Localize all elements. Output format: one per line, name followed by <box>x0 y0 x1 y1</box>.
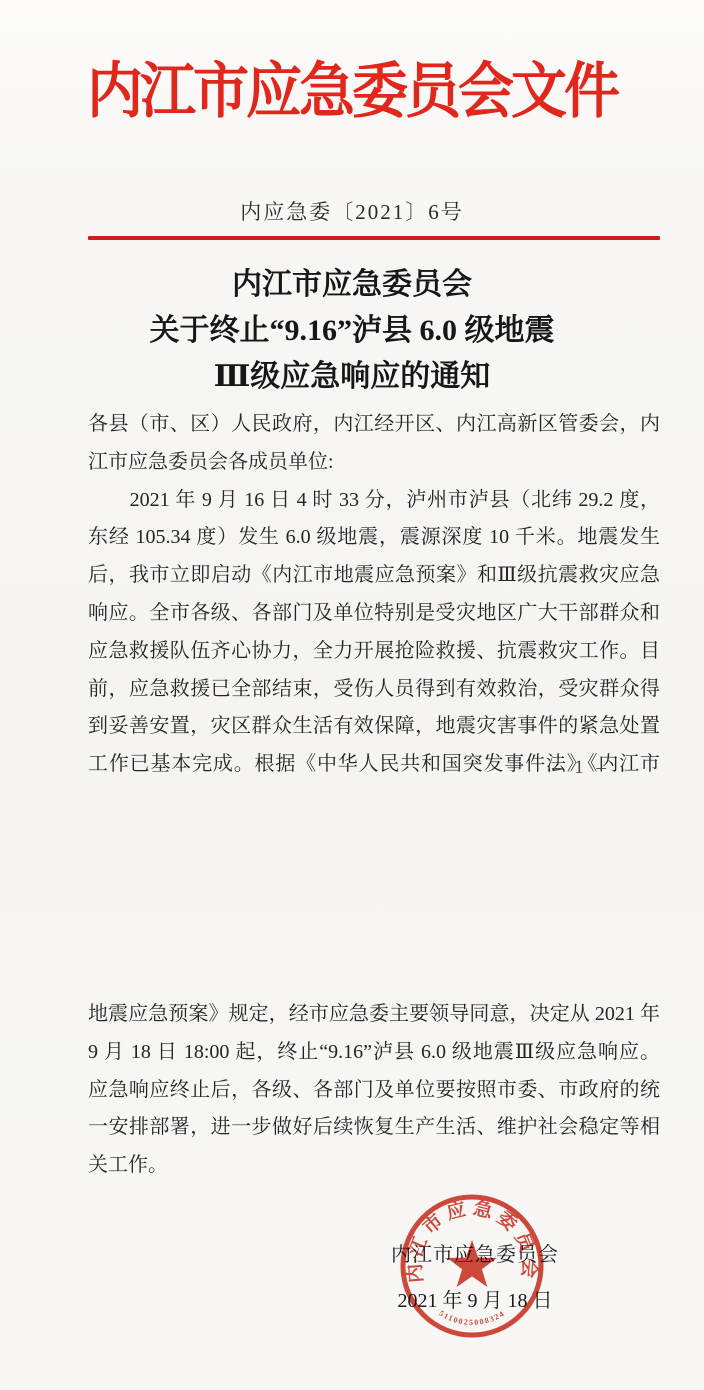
notice-title-line: 关于终止“9.16”泸县 6.0 级地震 <box>0 308 704 354</box>
body-page2: 地震应急预案》规定，经市应急委主要领导同意，决定从 2021 年9 月 18 日… <box>88 996 660 1185</box>
official-seal: 内江市应急委员会 5110025008324 <box>397 1191 547 1341</box>
body-line: 9 月 18 日 18:00 起，终止“9.16”泸县 6.0 级地震Ⅲ级应急响… <box>88 1034 660 1072</box>
body-line: 关工作。 <box>88 1147 660 1185</box>
body-line: 地震应急预案》规定，经市应急委主要领导同意，决定从 2021 年 <box>88 996 660 1034</box>
doc-number: 内应急委〔2021〕6号 <box>0 194 704 230</box>
body-line: 到妥善安置，灾区群众生活有效保障，地震灾害事件的紧急处置 <box>88 708 660 746</box>
body-line: 东经 105.34 度）发生 6.0 级地震，震源深度 10 千米。地震发生 <box>88 519 660 557</box>
body-line: 应急响应终止后，各级、各部门及单位要按照市委、市政府的统 <box>88 1072 660 1110</box>
body-line: 应急救援队伍齐心协力，全力开展抢险救援、抗震救灾工作。目 <box>88 633 660 671</box>
body-line: 2021 年 9 月 16 日 4 时 33 分，泸州市泸县（北纬 29.2 度… <box>88 482 660 520</box>
page-number: – 1 – <box>88 752 660 784</box>
body-page1: 各县（市、区）人民政府，内江经开区、内江高新区管委会，内江市应急委员会各成员单位… <box>88 406 660 784</box>
body-line: 江市应急委员会各成员单位: <box>88 444 660 482</box>
document-header-banner: 内江市应急委员会文件 <box>0 36 704 148</box>
seal-star-icon <box>447 1240 496 1287</box>
notice-title-line: Ⅲ级应急响应的通知 <box>0 354 704 400</box>
notice-title-line: 内江市应急委员会 <box>0 262 704 308</box>
red-separator-rule <box>88 236 660 240</box>
body-line: 响应。全市各级、各部门及单位特别是受灾地区广大干部群众和 <box>88 595 660 633</box>
notice-title: 内江市应急委员会关于终止“9.16”泸县 6.0 级地震Ⅲ级应急响应的通知 <box>0 262 704 400</box>
body-line: 前，应急救援已全部结束，受伤人员得到有效救治，受灾群众得 <box>88 671 660 709</box>
body-line: 后，我市立即启动《内江市地震应急预案》和Ⅲ级抗震救灾应急 <box>88 557 660 595</box>
body-line: 各县（市、区）人民政府，内江经开区、内江高新区管委会，内 <box>88 406 660 444</box>
seal-code: 5110025008324 <box>437 1309 506 1327</box>
body-line: 一安排部署，进一步做好后续恢复生产生活、维护社会稳定等相 <box>88 1109 660 1147</box>
document-page: 内江市应急委员会文件 内应急委〔2021〕6号 内江市应急委员会关于终止“9.1… <box>0 0 704 1390</box>
